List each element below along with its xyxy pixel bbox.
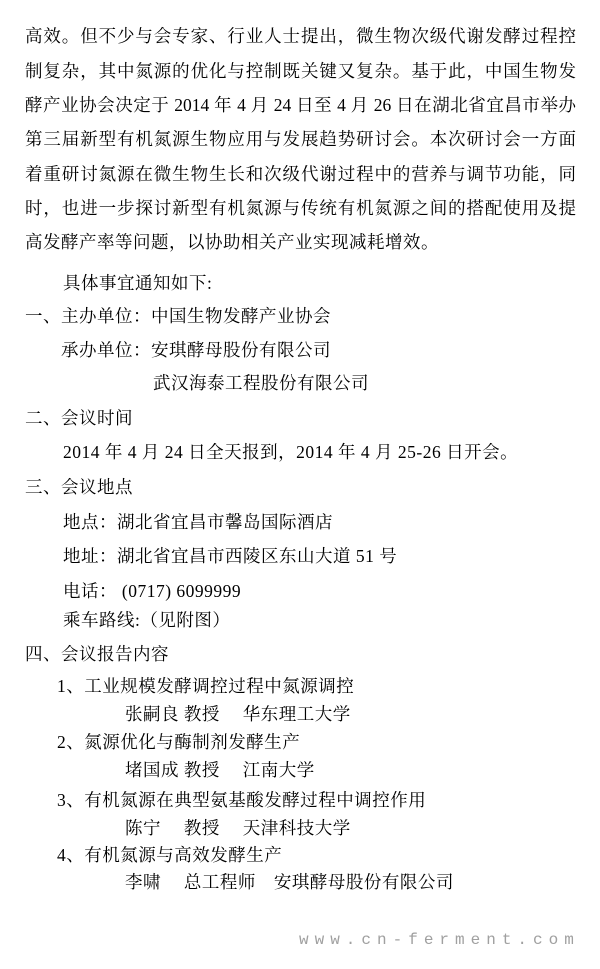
talk-4-speaker: 李啸 总工程师 安琪酵母股份有限公司 (125, 871, 454, 893)
intro-paragraph-line-5: 着重研讨氮源在微生物生长和次级代谢过程中的营养与调节功能，同 (25, 163, 576, 185)
section1-undertaker2-line: 武汉海泰工程股份有限公司 (153, 372, 369, 394)
section1-host-line: 一、主办单位：中国生物发酵产业协会 (25, 305, 331, 327)
notice-document-page: 高效。但不少与会专家、行业人士提出，微生物次级代谢发酵过程控 制复杂，其中氮源的… (0, 0, 600, 969)
intro-paragraph-line-6: 时，也进一步探讨新型有机氮源与传统有机氮源之间的搭配使用及提 (25, 197, 576, 219)
section2-time-detail: 2014 年 4 月 24 日全天报到，2014 年 4 月 25-26 日开会… (63, 441, 518, 463)
intro-paragraph-line-7: 高发酵产率等问题，以协助相关产业实现减耗增效。 (25, 231, 439, 253)
section3-heading: 三、会议地点 (25, 476, 133, 498)
section3-route: 乘车路线:（见附图） (63, 609, 230, 631)
section3-address: 地址：湖北省宜昌市西陵区东山大道 51 号 (63, 545, 397, 567)
site-watermark: www.cn-ferment.com (299, 931, 580, 949)
talk-2-speaker: 堵国成 教授 江南大学 (125, 759, 315, 781)
talk-2-title: 2、氮源优化与酶制剂发酵生产 (57, 731, 300, 753)
section2-heading: 二、会议时间 (25, 407, 133, 429)
talk-4-title: 4、有机氮源与高效发酵生产 (57, 844, 282, 866)
talk-3-title: 3、有机氮源在典型氨基酸发酵过程中调控作用 (57, 789, 426, 811)
section3-phone: 电话： (0717) 6099999 (63, 580, 241, 602)
talk-1-speaker: 张嗣良 教授 华东理工大学 (125, 703, 351, 725)
talk-3-speaker: 陈宁 教授 天津科技大学 (125, 817, 351, 839)
intro-paragraph-line-1: 高效。但不少与会专家、行业人士提出，微生物次级代谢发酵过程控 (25, 25, 576, 47)
intro-paragraph-line-4: 第三届新型有机氮源生物应用与发展趋势研讨会。本次研讨会一方面 (25, 128, 576, 150)
section3-place: 地点：湖北省宜昌市馨岛国际酒店 (63, 511, 333, 533)
section1-undertaker-line: 承办单位：安琪酵母股份有限公司 (61, 339, 331, 361)
intro-paragraph-line-3: 酵产业协会决定于 2014 年 4 月 24 日至 4 月 26 日在湖北省宜昌… (25, 94, 576, 116)
intro-paragraph-line-2: 制复杂，其中氮源的优化与控制既关键又复杂。基于此，中国生物发 (25, 60, 576, 82)
section4-heading: 四、会议报告内容 (25, 643, 169, 665)
talk-1-title: 1、工业规模发酵调控过程中氮源调控 (57, 675, 354, 697)
notice-lead: 具体事宜通知如下: (63, 272, 212, 294)
